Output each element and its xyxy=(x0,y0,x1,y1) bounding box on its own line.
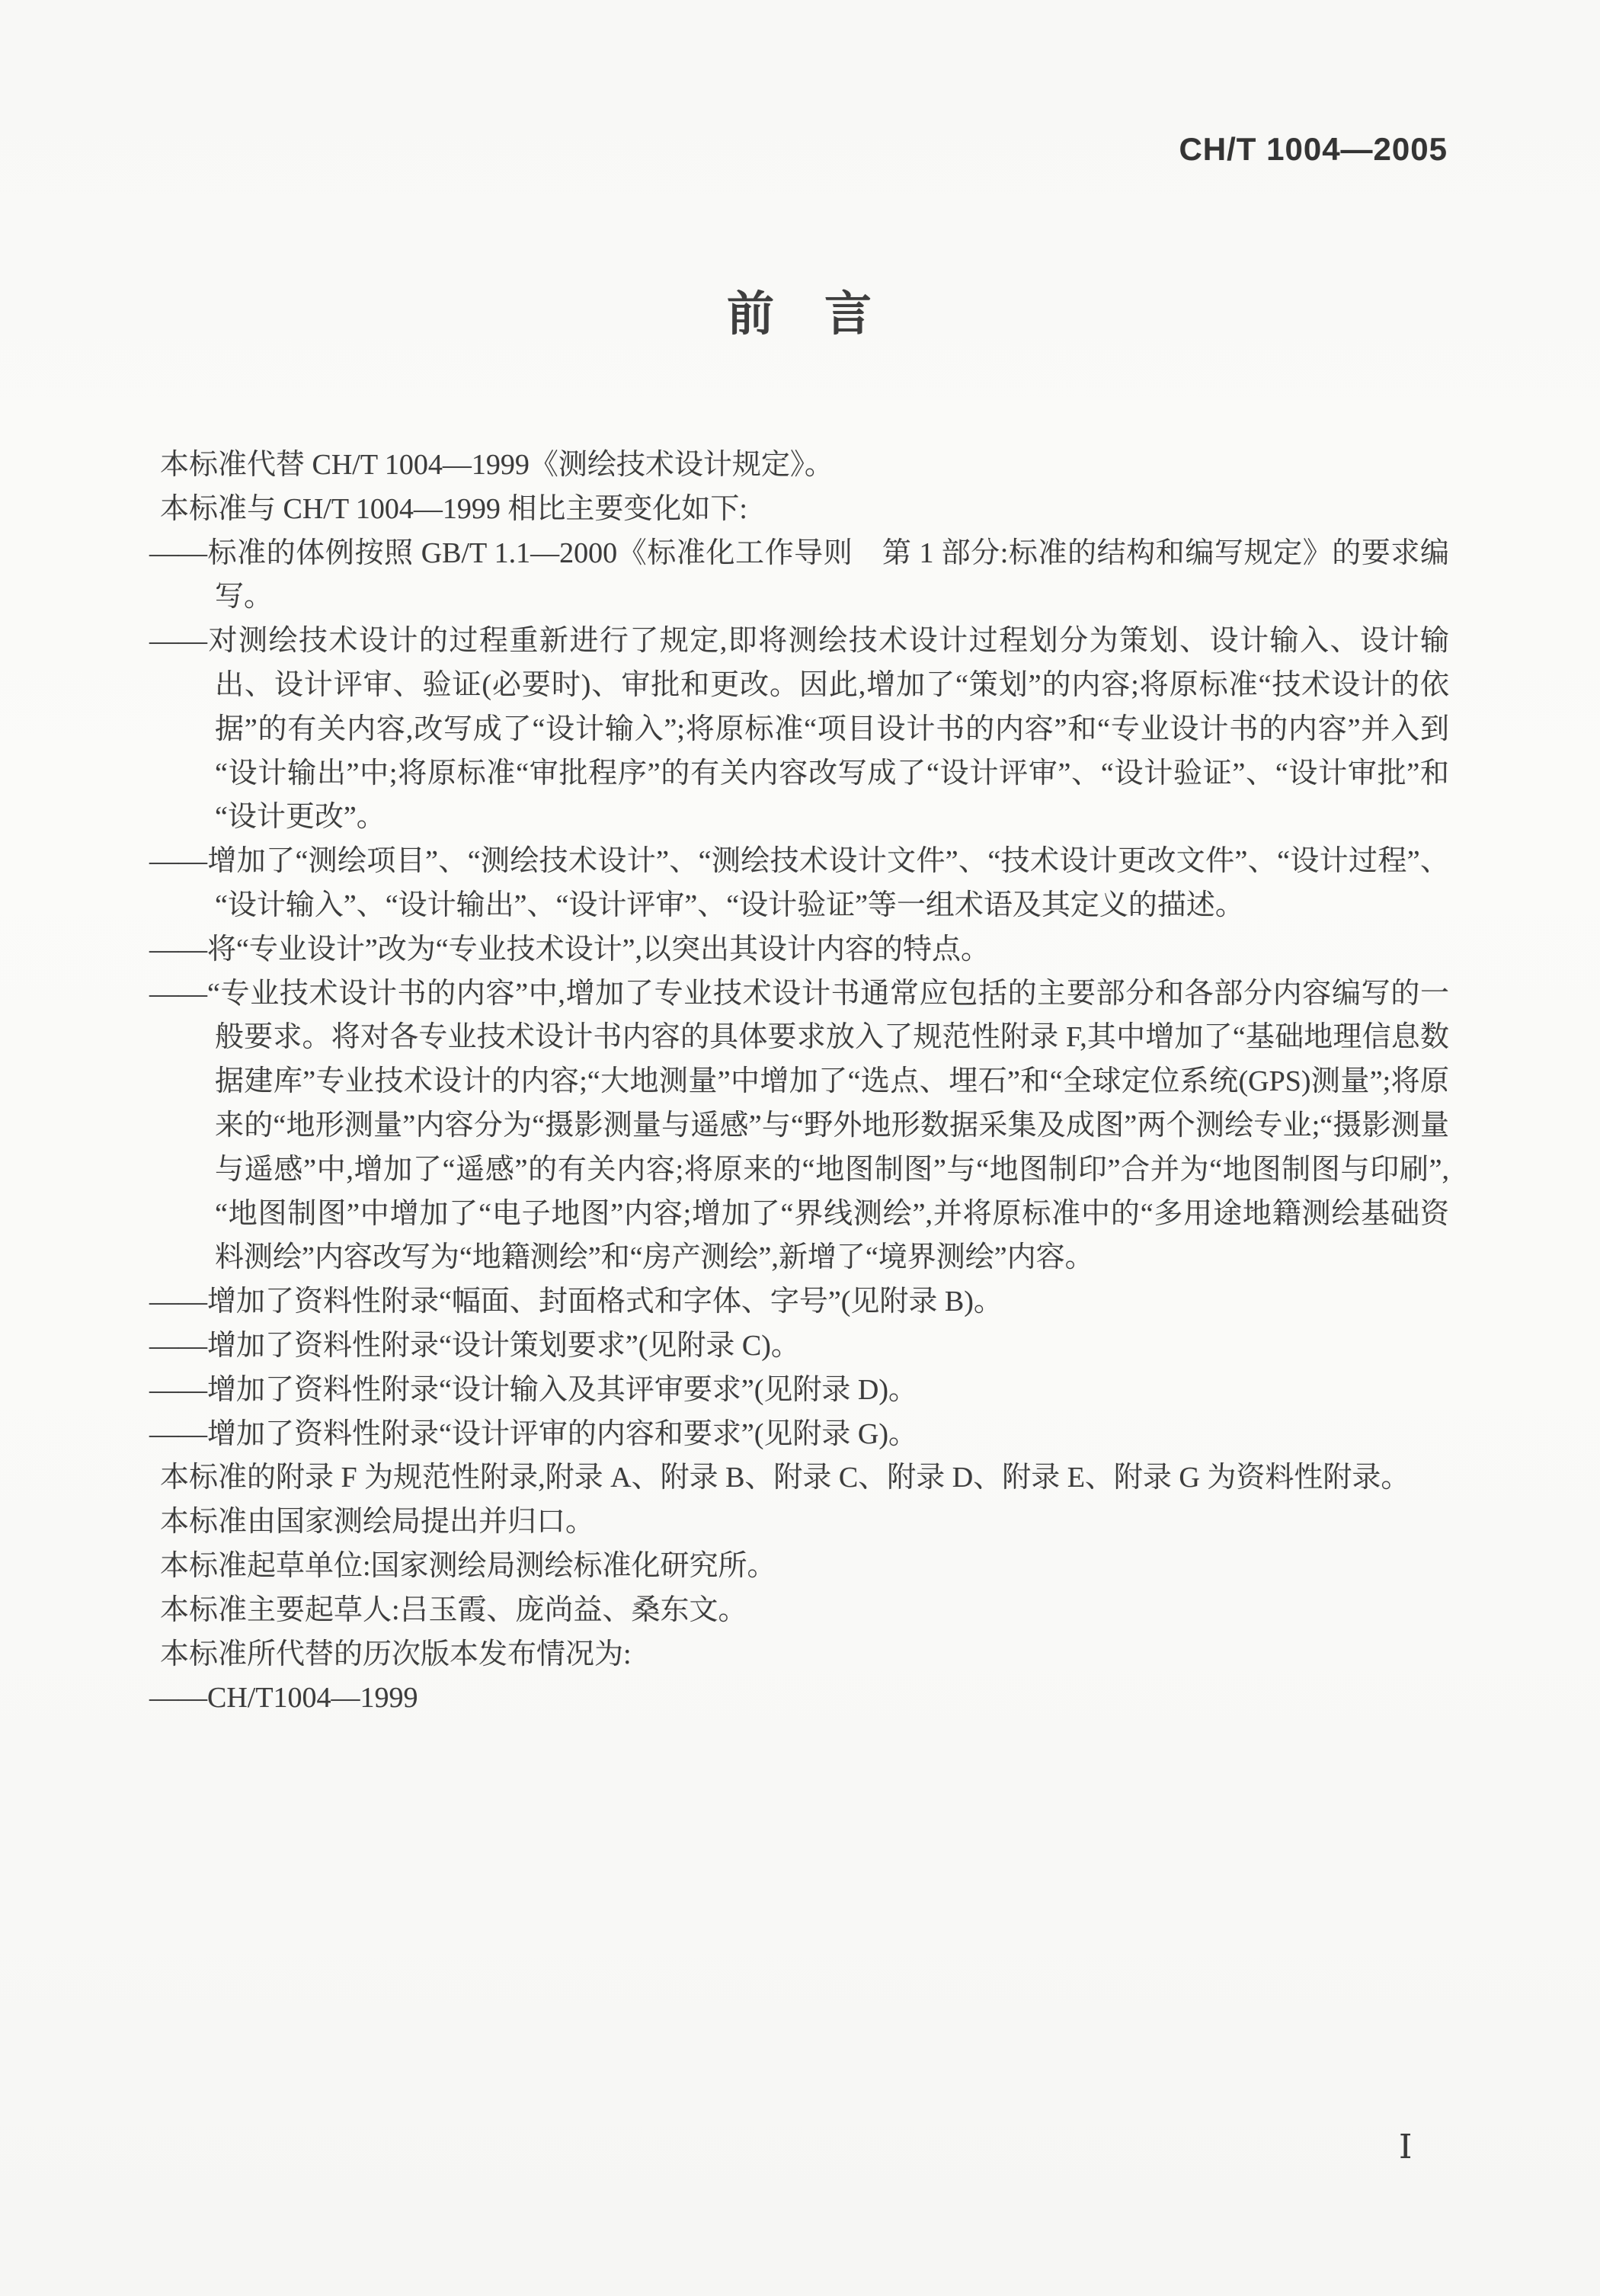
paragraph: 本标准起草单位:国家测绘局测绘标准化研究所。 xyxy=(149,1545,1449,1589)
list-item: ——增加了资料性附录“设计策划要求”(见附录 C)。 xyxy=(149,1324,1449,1369)
paragraph: 本标准的附录 F 为规范性附录,附录 A、附录 B、附录 C、附录 D、附录 E… xyxy=(149,1456,1449,1500)
foreword-body: 本标准代替 CH/T 1004—1999《测绘技术设计规定》。本标准与 CH/T… xyxy=(149,444,1449,1721)
paragraph: 本标准代替 CH/T 1004—1999《测绘技术设计规定》。 xyxy=(149,444,1449,488)
paragraph: 本标准与 CH/T 1004—1999 相比主要变化如下: xyxy=(149,488,1449,532)
list-item: ——增加了“测绘项目”、“测绘技术设计”、“测绘技术设计文件”、“技术设计更改文… xyxy=(149,840,1449,928)
list-item: ——增加了资料性附录“设计输入及其评审要求”(见附录 D)。 xyxy=(149,1369,1449,1413)
document-page: CH/T 1004—2005 前 言 本标准代替 CH/T 1004—1999《… xyxy=(0,0,1600,2296)
standard-number: CH/T 1004—2005 xyxy=(1179,131,1448,168)
paragraph: 本标准主要起草人:吕玉霞、庞尚益、桑东文。 xyxy=(149,1589,1449,1633)
list-item: ——CH/T1004—1999 xyxy=(149,1676,1449,1721)
list-item: ——将“专业设计”改为“专业技术设计”,以突出其设计内容的特点。 xyxy=(149,928,1449,972)
list-item: ——标准的体例按照 GB/T 1.1—2000《标准化工作导则 第 1 部分:标… xyxy=(149,532,1449,620)
page-number: Ⅰ xyxy=(1399,2128,1412,2166)
paragraph: 本标准所代替的历次版本发布情况为: xyxy=(149,1633,1449,1677)
list-item: ——增加了资料性附录“幅面、封面格式和字体、字号”(见附录 B)。 xyxy=(149,1280,1449,1324)
list-item: ——对测绘技术设计的过程重新进行了规定,即将测绘技术设计过程划分为策划、设计输入… xyxy=(149,620,1449,840)
page-title: 前 言 xyxy=(0,276,1600,344)
paragraph: 本标准由国家测绘局提出并归口。 xyxy=(149,1500,1449,1545)
list-item: ——“专业技术设计书的内容”中,增加了专业技术设计书通常应包括的主要部分和各部分… xyxy=(149,972,1449,1281)
list-item: ——增加了资料性附录“设计评审的内容和要求”(见附录 G)。 xyxy=(149,1413,1449,1457)
